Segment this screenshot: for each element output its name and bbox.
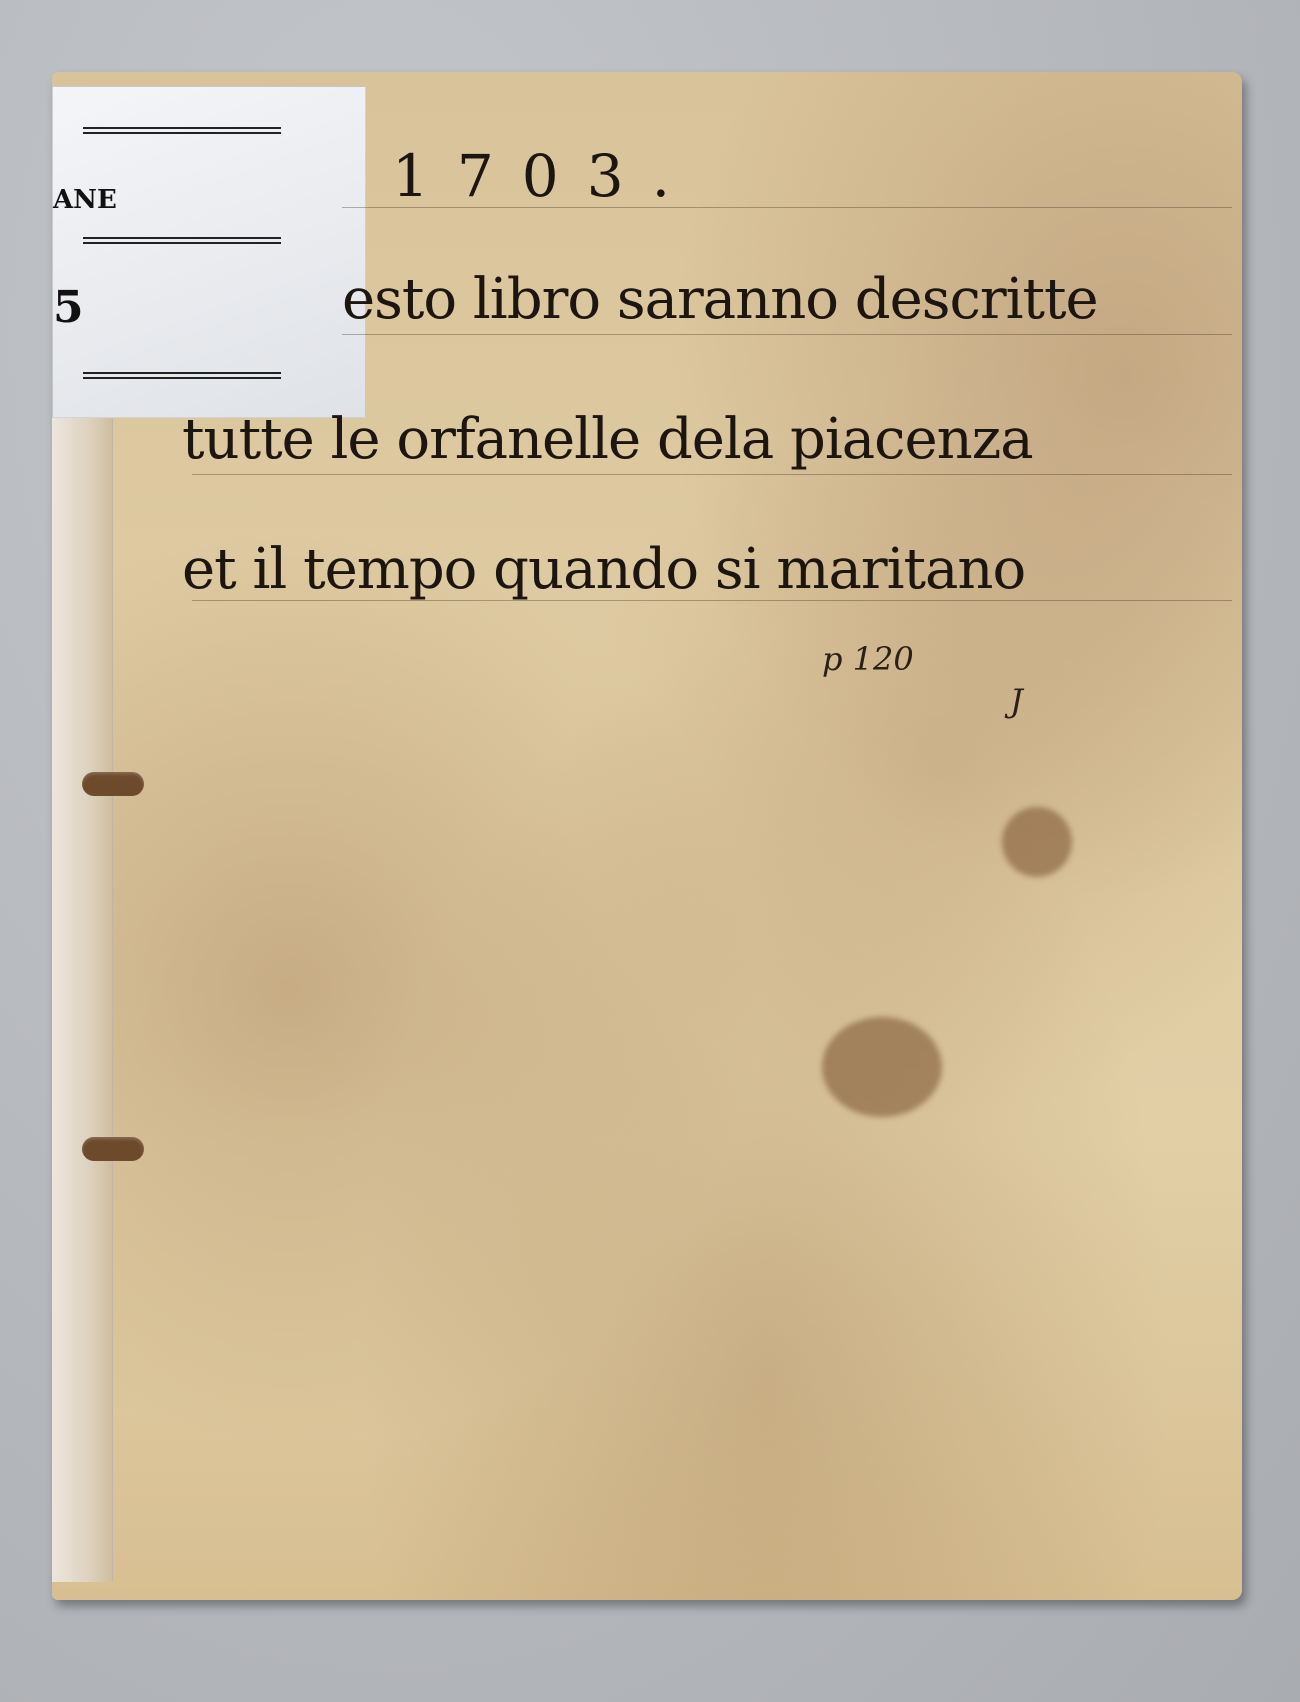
spine-label: ANE 5 <box>52 86 366 418</box>
label-rule <box>83 372 281 379</box>
marginal-note: p 120 <box>822 640 914 678</box>
book-cover: ANE 5 1703. esto libro saranno descritte… <box>52 72 1242 1600</box>
label-number: 5 <box>53 282 84 333</box>
ruled-line <box>192 600 1232 601</box>
ruled-line <box>342 334 1232 335</box>
ruled-line <box>192 474 1232 475</box>
title-line-2: tutte le orfanelle dela piacenza <box>182 407 1033 472</box>
binding-stitch <box>82 772 144 796</box>
title-line-3: et il tempo quando si maritano <box>182 537 1025 602</box>
marginal-note: J <box>1010 682 1023 720</box>
cover-year: 1703. <box>392 142 698 210</box>
stain <box>1002 807 1072 877</box>
stain <box>822 1017 942 1117</box>
label-text: ANE <box>53 185 117 215</box>
label-rule <box>83 237 281 244</box>
title-line-1: esto libro saranno descritte <box>342 267 1098 332</box>
label-rule <box>83 127 281 134</box>
binding-stitch <box>82 1137 144 1161</box>
ruled-line <box>342 207 1232 208</box>
